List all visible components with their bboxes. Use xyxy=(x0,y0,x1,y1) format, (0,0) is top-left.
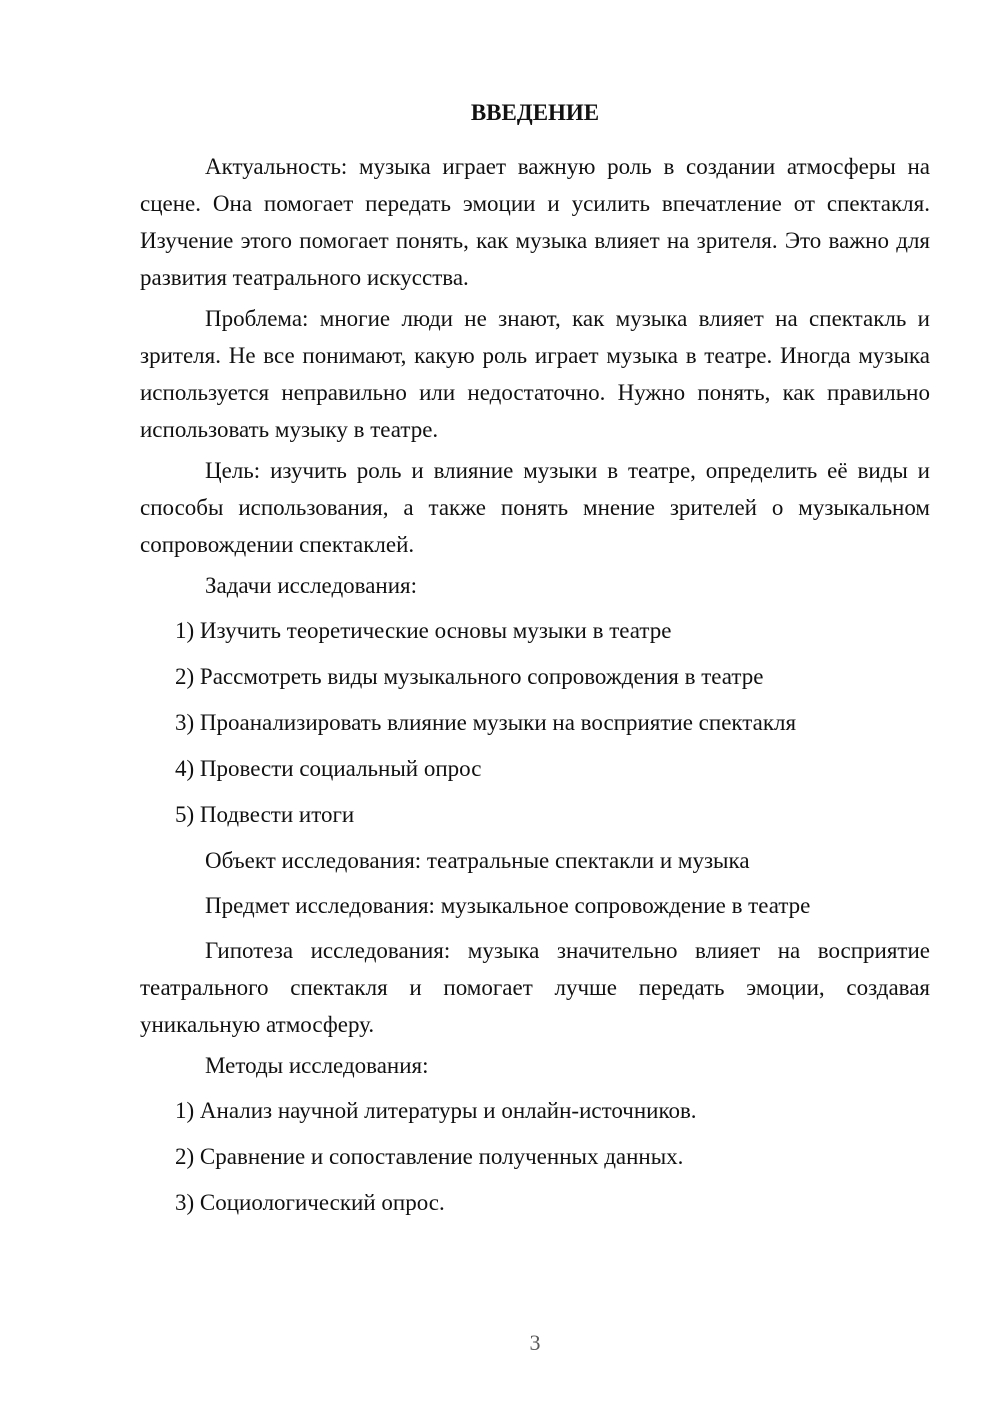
paragraph-problem: Проблема: многие люди не знают, как музы… xyxy=(140,300,930,448)
methods-list: 1) Анализ научной литературы и онлайн-ис… xyxy=(140,1092,930,1221)
methods-heading: Методы исследования: xyxy=(140,1047,930,1084)
tasks-heading: Задачи исследования: xyxy=(140,567,930,604)
paragraph-goal: Цель: изучить роль и влияние музыки в те… xyxy=(140,452,930,563)
page-number: 3 xyxy=(140,1330,930,1356)
document-page: ВВЕДЕНИЕ Актуальность: музыка играет важ… xyxy=(0,0,1000,1414)
page-title: ВВЕДЕНИЕ xyxy=(140,97,930,129)
method-item-3: 3) Социологический опрос. xyxy=(140,1184,930,1221)
paragraph-relevance: Актуальность: музыка играет важную роль … xyxy=(140,148,930,296)
task-item-5: 5) Подвести итоги xyxy=(140,796,930,833)
paragraph-hypothesis: Гипотеза исследования: музыка значительн… xyxy=(140,932,930,1043)
method-item-2: 2) Сравнение и сопоставление полученных … xyxy=(140,1138,930,1175)
paragraph-object: Объект исследования: театральные спектак… xyxy=(140,842,930,879)
task-item-4: 4) Провести социальный опрос xyxy=(140,750,930,787)
tasks-list: 1) Изучить теоретические основы музыки в… xyxy=(140,612,930,833)
paragraph-subject: Предмет исследования: музыкальное сопров… xyxy=(140,887,930,924)
task-item-1: 1) Изучить теоретические основы музыки в… xyxy=(140,612,930,649)
method-item-1: 1) Анализ научной литературы и онлайн-ис… xyxy=(140,1092,930,1129)
task-item-3: 3) Проанализировать влияние музыки на во… xyxy=(140,704,930,741)
task-item-2: 2) Рассмотреть виды музыкального сопрово… xyxy=(140,658,930,695)
